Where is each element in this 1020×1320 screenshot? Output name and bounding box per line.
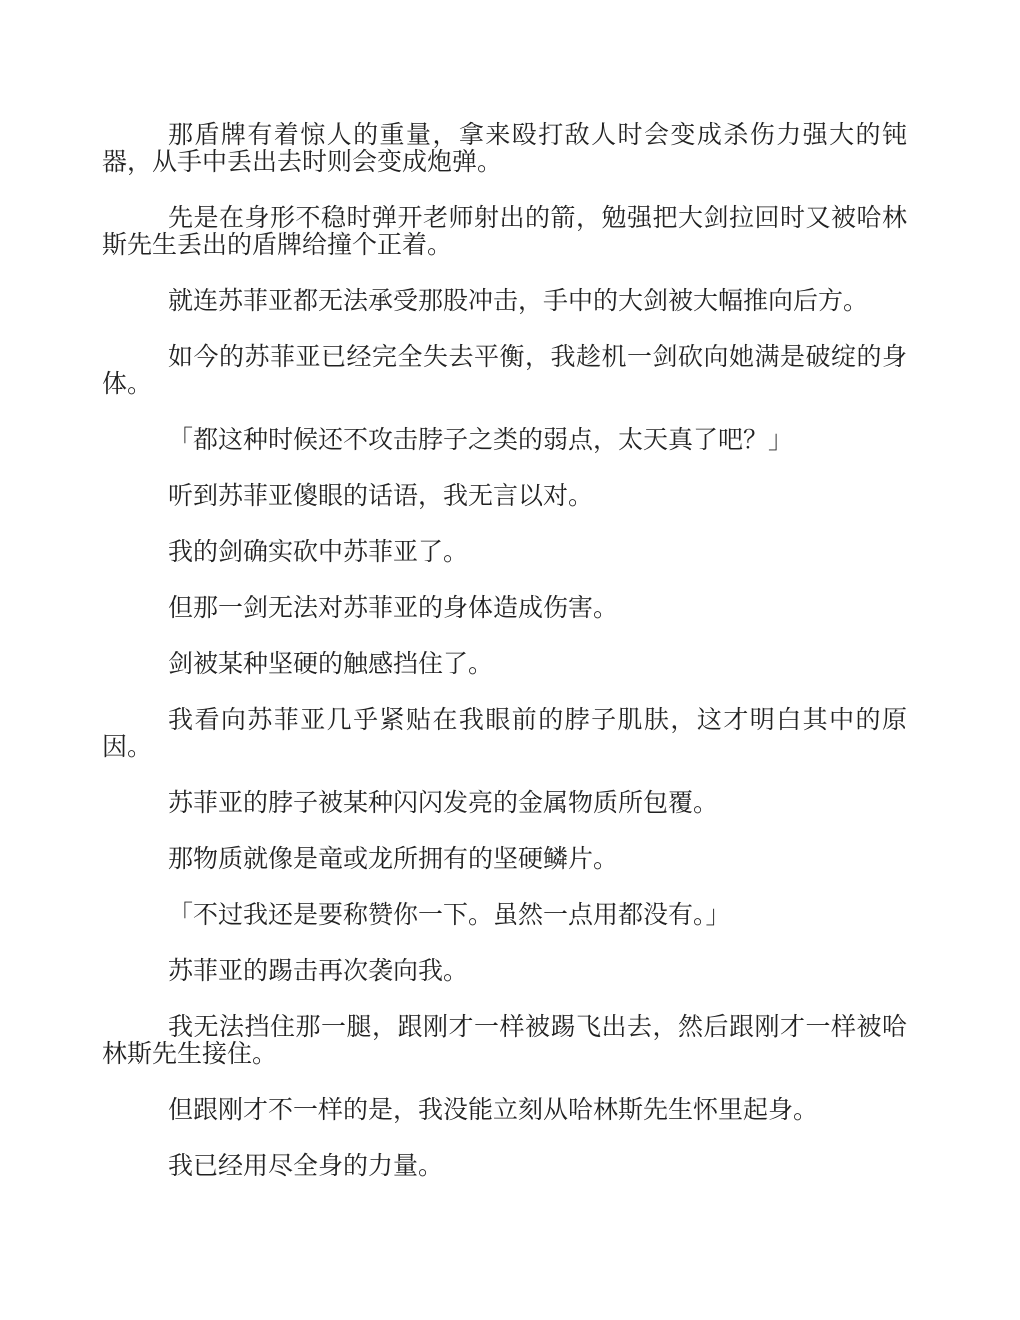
paragraph: 苏菲亚的脖子被某种闪闪发亮的金属物质所包覆。 xyxy=(102,790,907,817)
paragraph: 我看向苏菲亚几乎紧贴在我眼前的脖子肌肤，这才明白其中的原因。 xyxy=(102,707,907,761)
paragraph: 苏菲亚的踢击再次袭向我。 xyxy=(102,958,907,985)
paragraph: 听到苏菲亚傻眼的话语，我无言以对。 xyxy=(102,483,907,510)
paragraph-dialogue: 「都这种时候还不攻击脖子之类的弱点，太天真了吧？」 xyxy=(102,427,907,454)
paragraph: 我已经用尽全身的力量。 xyxy=(102,1153,907,1180)
paragraph: 剑被某种坚硬的触感挡住了。 xyxy=(102,651,907,678)
paragraph: 但那一剑无法对苏菲亚的身体造成伤害。 xyxy=(102,595,907,622)
paragraph: 就连苏菲亚都无法承受那股冲击，手中的大剑被大幅推向后方。 xyxy=(102,288,907,315)
paragraph: 我的剑确实砍中苏菲亚了。 xyxy=(102,539,907,566)
paragraph: 但跟刚才不一样的是，我没能立刻从哈林斯先生怀里起身。 xyxy=(102,1097,907,1124)
document-page: 那盾牌有着惊人的重量，拿来殴打敌人时会变成杀伤力强大的钝器，从手中丢出去时则会变… xyxy=(0,0,1020,1320)
paragraph-dialogue: 「不过我还是要称赞你一下。虽然一点用都没有。」 xyxy=(102,902,907,929)
paragraph: 那物质就像是竜或龙所拥有的坚硬鳞片。 xyxy=(102,846,907,873)
paragraph: 先是在身形不稳时弹开老师射出的箭，勉强把大剑拉回时又被哈林斯先生丢出的盾牌给撞个… xyxy=(102,205,907,259)
paragraph: 我无法挡住那一腿，跟刚才一样被踢飞出去，然后跟刚才一样被哈林斯先生接住。 xyxy=(102,1014,907,1068)
paragraph: 那盾牌有着惊人的重量，拿来殴打敌人时会变成杀伤力强大的钝器，从手中丢出去时则会变… xyxy=(102,122,907,176)
paragraph: 如今的苏菲亚已经完全失去平衡，我趁机一剑砍向她满是破绽的身体。 xyxy=(102,344,907,398)
